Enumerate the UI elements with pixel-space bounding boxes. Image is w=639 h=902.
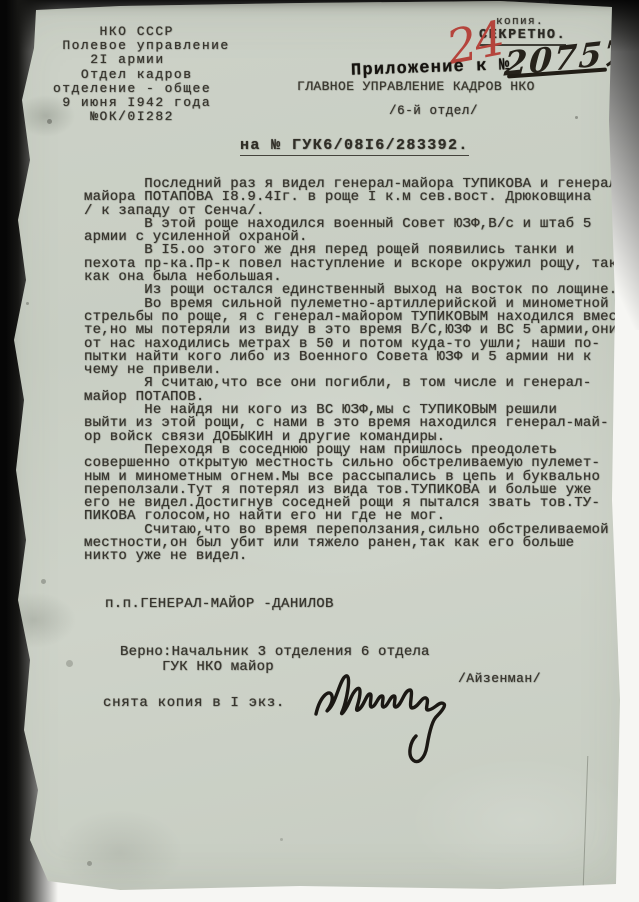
document-paper: НКО СССР Полевое управление 2I армии Отд… [0, 0, 639, 902]
copy-count-note: снята копия в I экз. [103, 695, 285, 711]
signature-scrawl-icon [310, 652, 470, 772]
attachment-stamp: Приложение к № [351, 56, 511, 81]
report-body-text: Последний раз я видел генерал-майора ТУП… [84, 178, 632, 564]
paper-crease [583, 756, 589, 888]
sender-letterhead: НКО СССР Полевое управление 2I армии Отд… [53, 25, 230, 124]
certification-line-2: ГУК НКО майор [162, 659, 274, 675]
reference-number-line: на № ГУК6/08I6/283392. [240, 137, 469, 156]
certifier-name: /Айзенман/ [458, 671, 541, 686]
recipient-organization: ГЛАВНОЕ УПРАВЛЕНИЕ КАДРОВ НКО [297, 79, 535, 94]
recipient-department: /6-й отдел/ [389, 104, 478, 118]
signed-by-line: п.п.ГЕНЕРАЛ-МАЙОР -ДАНИЛОВ [105, 596, 334, 612]
scanned-document-page: НКО СССР Полевое управление 2I армии Отд… [0, 0, 639, 902]
copy-label: копия. [496, 16, 544, 28]
